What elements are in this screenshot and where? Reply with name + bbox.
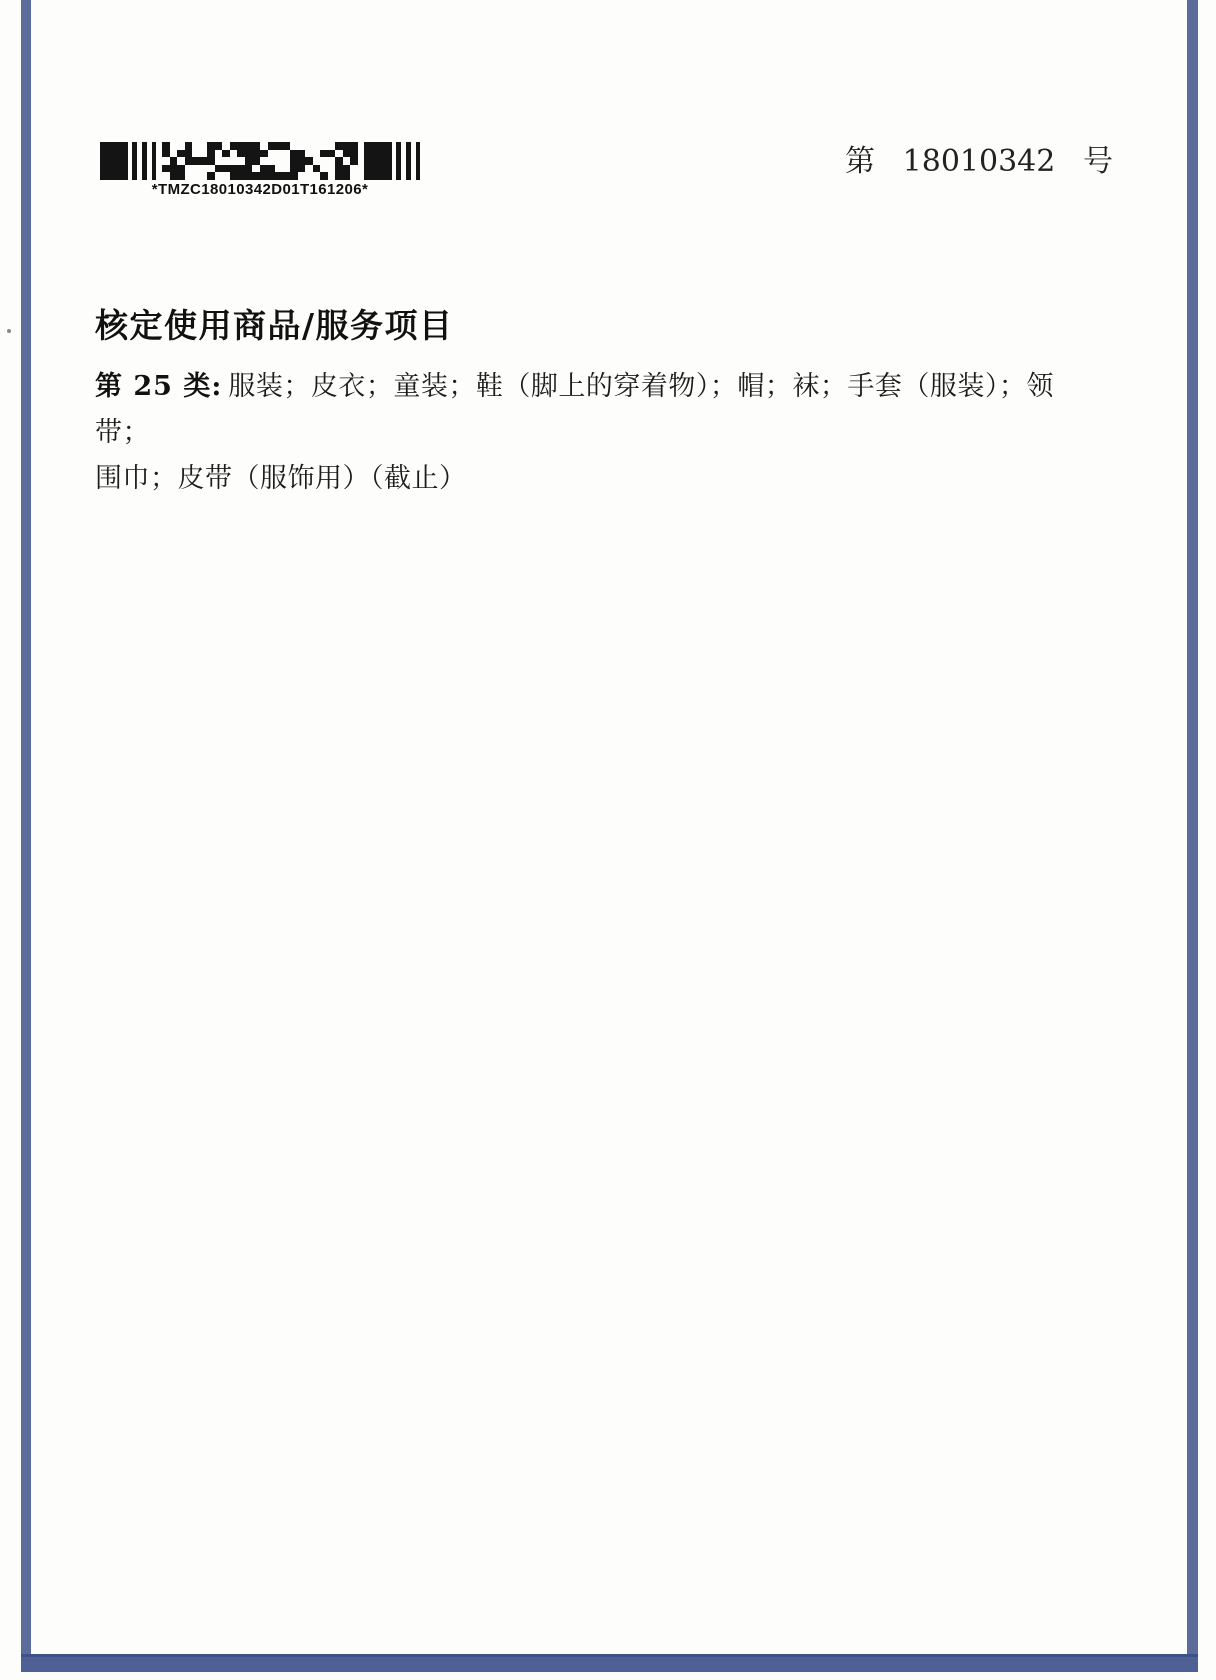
barcode-noise-cell: [275, 150, 283, 158]
barcode-noise-cell: [245, 172, 253, 180]
barcode-noise-cell: [275, 172, 283, 180]
barcode-noise-cell: [305, 150, 313, 158]
barcode-noise-cell: [230, 165, 238, 173]
barcode-noise-cell: [275, 157, 283, 165]
barcode-right-block: [364, 142, 392, 180]
barcode-noise-cell: [335, 172, 343, 180]
barcode-noise-cell: [252, 172, 260, 180]
barcode-noise-cell: [260, 165, 268, 173]
barcode-noise-cell: [185, 142, 193, 150]
barcode-noise-cell: [260, 142, 268, 150]
barcode-noise-cell: [185, 150, 193, 158]
barcode-noise-cell: [162, 150, 170, 158]
barcode-noise-cell: [350, 172, 358, 180]
barcode-noise-cell: [215, 150, 223, 158]
barcode-noise-cell: [313, 172, 321, 180]
barcode-noise-cell: [343, 157, 351, 165]
barcode-noise-cell: [207, 150, 215, 158]
barcode-noise-cell: [268, 150, 276, 158]
barcode-noise-cell: [275, 142, 283, 150]
barcode-noise-cell: [200, 172, 208, 180]
registration-number-value: 18010342: [903, 144, 1056, 179]
barcode-left-block: [100, 142, 128, 180]
barcode-noise-cell: [320, 165, 328, 173]
barcode-left-bars: [132, 142, 156, 180]
barcode-noise-cell: [328, 150, 336, 158]
barcode-noise-cell: [290, 165, 298, 173]
barcode-noise-cell: [305, 172, 313, 180]
barcode-noise-cell: [252, 165, 260, 173]
barcode-noise-cell: [215, 157, 223, 165]
barcode-noise-cell: [335, 142, 343, 150]
barcode-noise-cell: [245, 157, 253, 165]
barcode-noise-cell: [162, 142, 170, 150]
barcode-noise-cell: [252, 150, 260, 158]
barcode-noise-cell: [275, 165, 283, 173]
barcode-noise-cell: [252, 142, 260, 150]
barcode-noise-cell: [192, 150, 200, 158]
barcode-noise-cell: [260, 150, 268, 158]
barcode-noise-cell: [230, 142, 238, 150]
barcode-noise-cell: [177, 142, 185, 150]
barcode-noise-cell: [222, 172, 230, 180]
barcode-noise-cell: [170, 157, 178, 165]
barcode-noise-cell: [200, 142, 208, 150]
barcode-noise-cell: [222, 157, 230, 165]
barcode-noise-cell: [343, 165, 351, 173]
barcode-caption: *TMZC18010342D01T161206*: [100, 181, 420, 198]
barcode-noise-cell: [177, 157, 185, 165]
barcode: *TMZC18010342D01T161206*: [100, 142, 420, 198]
barcode-noise-cell: [245, 142, 253, 150]
barcode-noise-cell: [207, 142, 215, 150]
barcode-noise-cell: [170, 165, 178, 173]
barcode-noise-cell: [252, 157, 260, 165]
barcode-noise-cell: [162, 165, 170, 173]
barcode-noise-cell: [343, 142, 351, 150]
registration-number-prefix: 第: [845, 136, 875, 180]
barcode-noise-cell: [200, 165, 208, 173]
barcode-noise-cell: [230, 157, 238, 165]
barcode-noise-cell: [335, 157, 343, 165]
barcode-noise-cell: [320, 142, 328, 150]
barcode-noise-cell: [245, 165, 253, 173]
barcode-noise-cell: [343, 172, 351, 180]
barcode-noise-cell: [260, 172, 268, 180]
goods-line-1: 服装；皮衣；童装；鞋（脚上的穿着物）；帽；袜；手套（服装）；领带；: [95, 371, 1054, 448]
barcode-noise-cell: [162, 157, 170, 165]
barcode-noise-cell: [320, 157, 328, 165]
barcode-noise-cell: [290, 172, 298, 180]
barcode-noise-cell: [283, 142, 291, 150]
barcode-noise-cell: [350, 142, 358, 150]
barcode-noise-cell: [185, 165, 193, 173]
barcode-noise-cell: [170, 150, 178, 158]
barcode-noise-cell: [177, 150, 185, 158]
barcode-noise-cell: [335, 150, 343, 158]
barcode-noise-cell: [335, 165, 343, 173]
barcode-noise-cell: [313, 150, 321, 158]
barcode-noise-cell: [328, 165, 336, 173]
barcode-noise-cell: [222, 142, 230, 150]
barcode-noise-cell: [290, 142, 298, 150]
barcode-noise-cell: [207, 172, 215, 180]
barcode-noise-cell: [192, 172, 200, 180]
barcode-noise-cell: [215, 172, 223, 180]
barcode-noise-cell: [177, 165, 185, 173]
barcode-noise-cell: [305, 157, 313, 165]
page-frame-bottom: [21, 1657, 1198, 1672]
barcode-noise-cell: [192, 142, 200, 150]
barcode-noise-cell: [313, 165, 321, 173]
barcode-noise-cell: [230, 150, 238, 158]
barcode-noise-cell: [283, 172, 291, 180]
page-frame-left: [21, 0, 31, 1672]
barcode-noise-cell: [298, 157, 306, 165]
barcode-noise-cell: [298, 165, 306, 173]
barcode-noise-cell: [237, 150, 245, 158]
barcode-noise-cell: [237, 172, 245, 180]
barcode-noise-cell: [268, 172, 276, 180]
barcode-noise-cell: [222, 165, 230, 173]
barcode-noise-cell: [328, 142, 336, 150]
barcode-noise-cell: [283, 157, 291, 165]
barcode-noise-cell: [268, 165, 276, 173]
barcode-noise-cell: [283, 150, 291, 158]
barcode-noise-cell: [290, 150, 298, 158]
barcode-noise-cell: [350, 157, 358, 165]
barcode-noise-cell: [298, 150, 306, 158]
barcode-noise-cell: [215, 165, 223, 173]
barcode-noise-cell: [185, 172, 193, 180]
barcode-noise-cell: [350, 150, 358, 158]
barcode-noise-cell: [237, 142, 245, 150]
barcode-noise-cell: [162, 172, 170, 180]
barcode-bars-row: [100, 142, 420, 180]
barcode-noise-cell: [290, 157, 298, 165]
barcode-noise-cell: [200, 157, 208, 165]
barcode-noise-cell: [268, 157, 276, 165]
goods-line-2: 围巾；皮带（服饰用）（截止）: [95, 456, 1105, 502]
goods-list: 第 25 类:服装；皮衣；童装；鞋（脚上的穿着物）；帽；袜；手套（服装）；领带；…: [95, 364, 1105, 502]
barcode-noise: [162, 142, 358, 180]
barcode-noise-cell: [245, 150, 253, 158]
barcode-noise-cell: [170, 142, 178, 150]
barcode-noise-cell: [268, 142, 276, 150]
scan-artifact-dot: [7, 329, 11, 333]
barcode-noise-cell: [185, 157, 193, 165]
barcode-noise-cell: [260, 157, 268, 165]
barcode-noise-cell: [328, 157, 336, 165]
registration-number: 第 18010342 号: [845, 136, 1113, 180]
class-label: 第 25 类:: [95, 371, 222, 402]
barcode-noise-cell: [350, 165, 358, 173]
barcode-noise-cell: [215, 142, 223, 150]
barcode-noise-cell: [313, 142, 321, 150]
barcode-noise-cell: [207, 157, 215, 165]
barcode-noise-cell: [237, 165, 245, 173]
barcode-noise-cell: [192, 165, 200, 173]
barcode-noise-cell: [320, 172, 328, 180]
registration-number-suffix: 号: [1083, 136, 1113, 180]
page-frame-right: [1187, 0, 1198, 1672]
section-heading: 核定使用商品/服务项目: [95, 300, 454, 347]
barcode-noise-cell: [313, 157, 321, 165]
barcode-noise-cell: [343, 150, 351, 158]
barcode-noise-cell: [177, 172, 185, 180]
barcode-noise-cell: [237, 157, 245, 165]
barcode-noise-cell: [283, 165, 291, 173]
barcode-noise-cell: [305, 142, 313, 150]
barcode-noise-cell: [207, 165, 215, 173]
barcode-noise-cell: [230, 172, 238, 180]
barcode-noise-cell: [320, 150, 328, 158]
barcode-noise-cell: [298, 142, 306, 150]
barcode-noise-cell: [200, 150, 208, 158]
barcode-noise-cell: [222, 150, 230, 158]
barcode-noise-cell: [305, 165, 313, 173]
barcode-noise-cell: [328, 172, 336, 180]
barcode-right-bars: [396, 142, 420, 180]
barcode-noise-cell: [298, 172, 306, 180]
certificate-page: *TMZC18010342D01T161206* 第 18010342 号 核定…: [0, 0, 1216, 1680]
barcode-noise-cell: [192, 157, 200, 165]
barcode-noise-cell: [170, 172, 178, 180]
